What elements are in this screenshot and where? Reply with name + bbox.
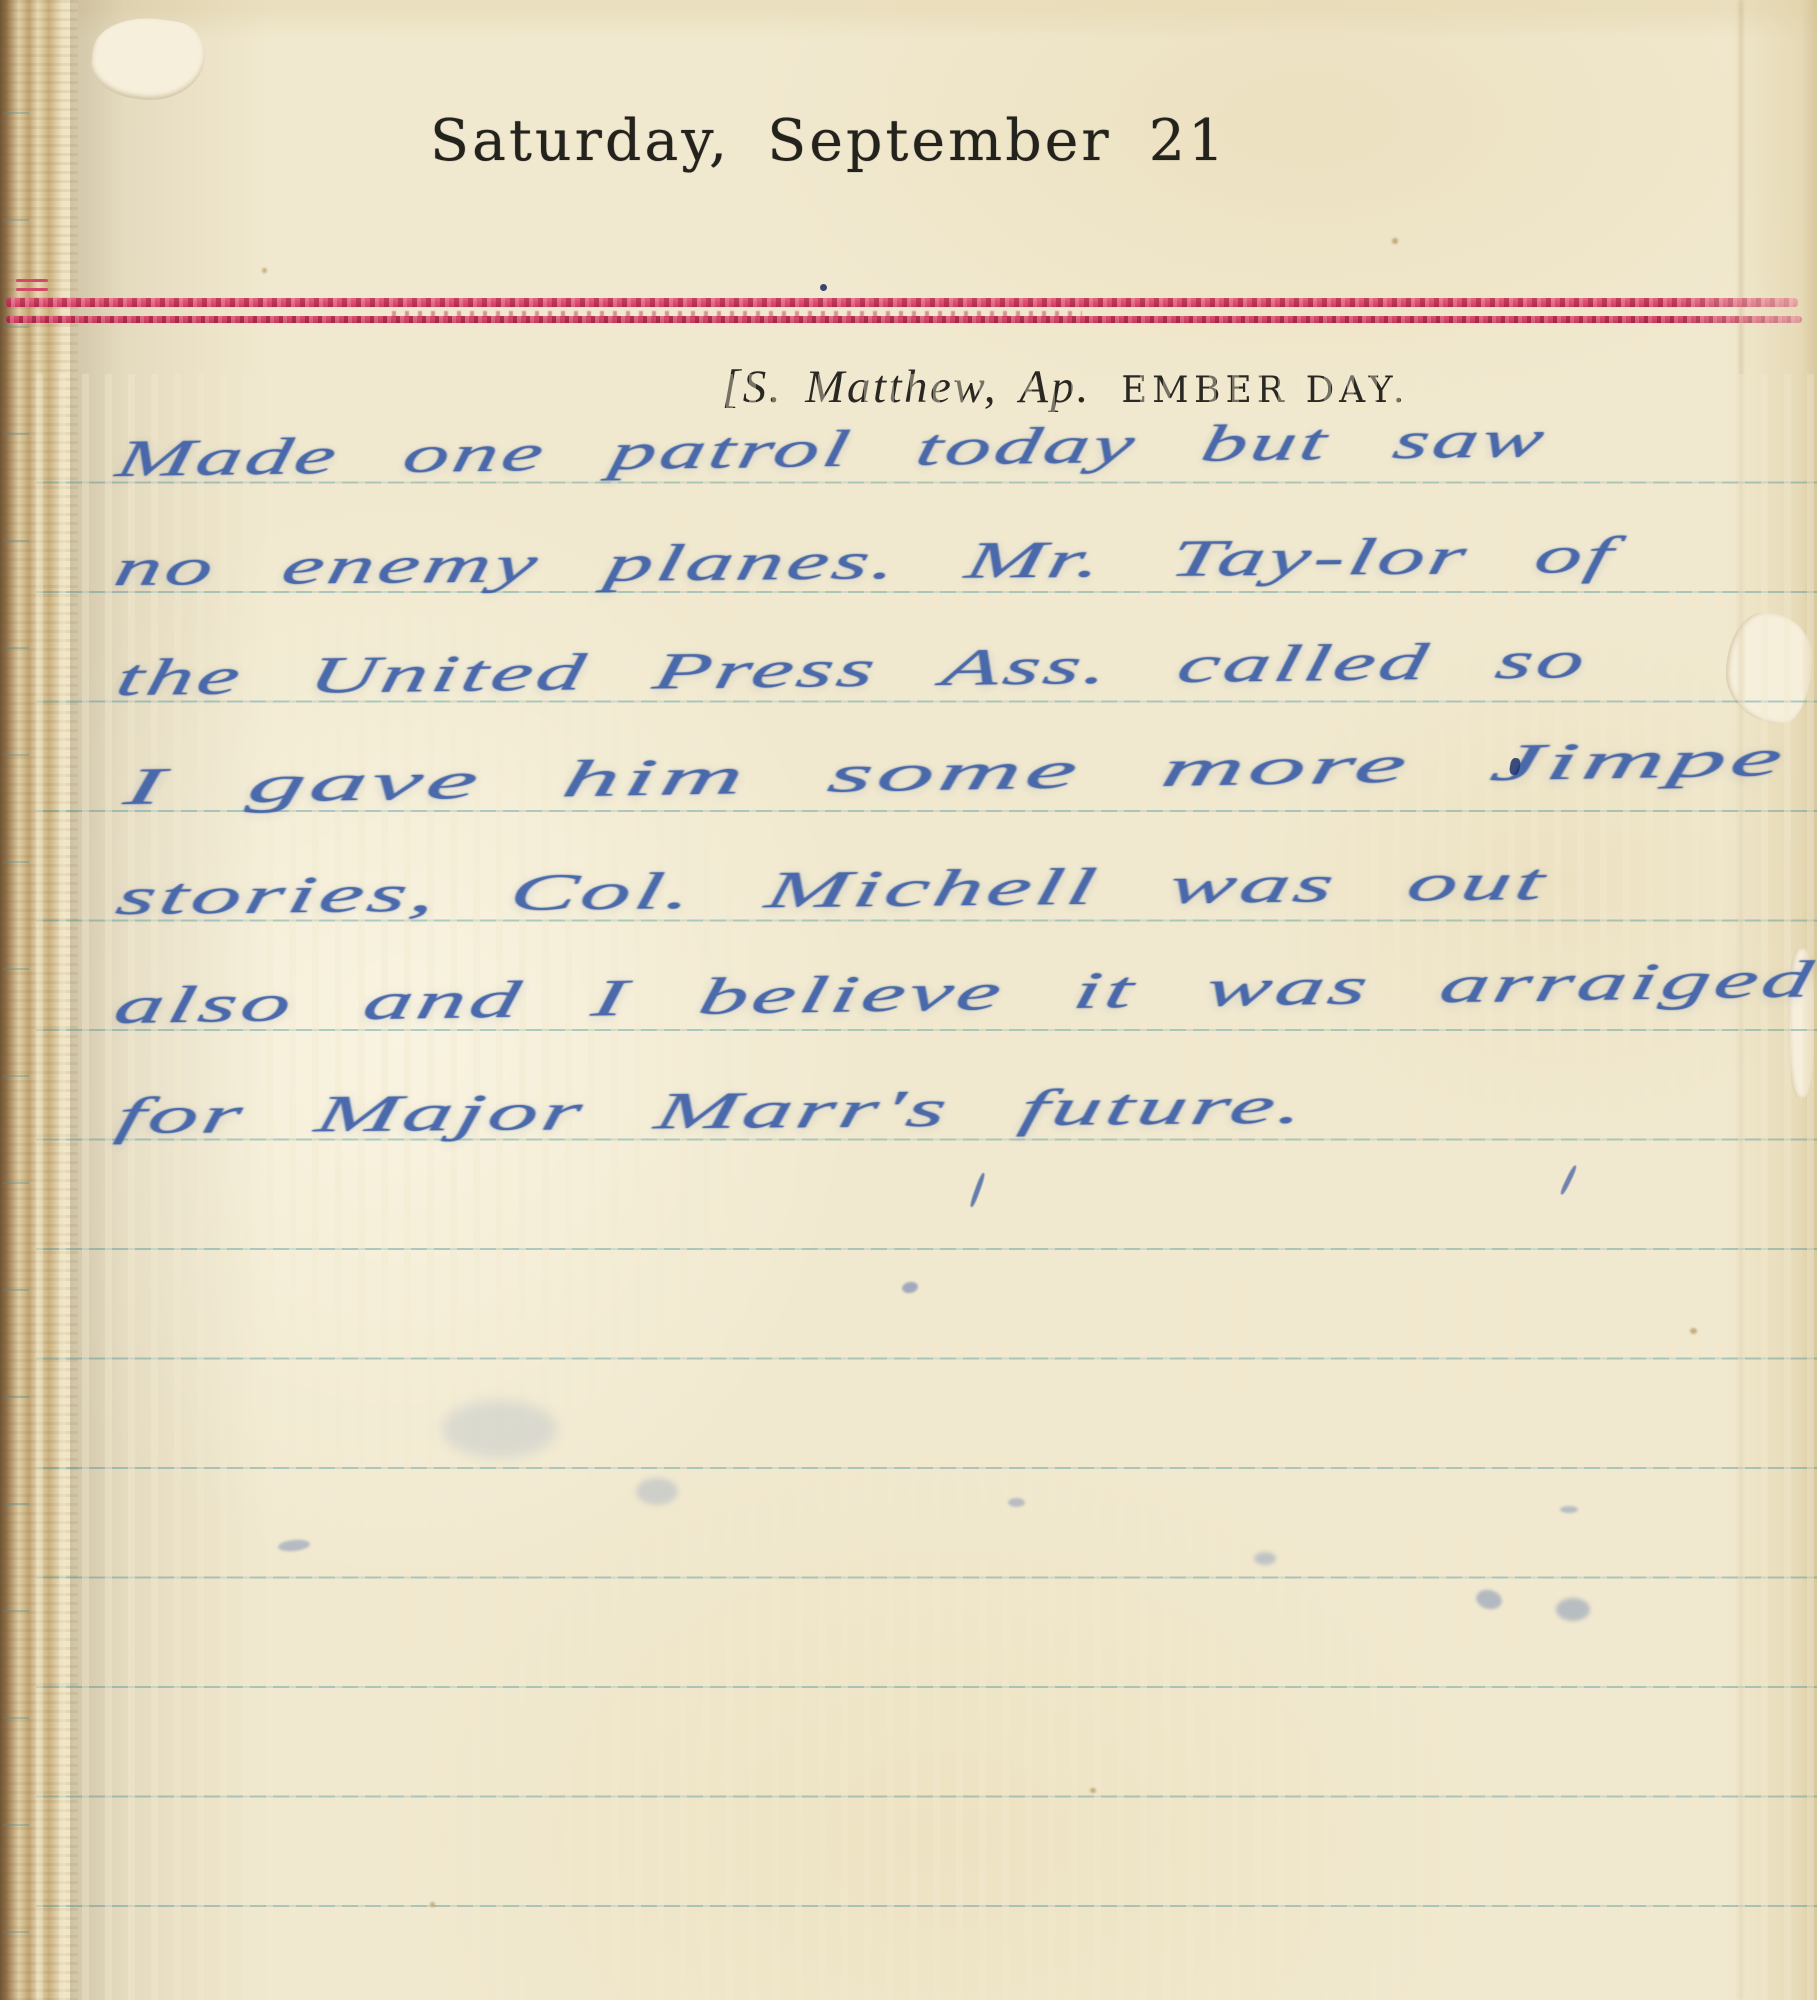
diary-page-scan: Saturday, September 21 [S. Matthew, Ap.E…: [0, 0, 1817, 2000]
handwriting-line-2: no enemy planes. Mr. Tay-lor of: [110, 530, 1621, 595]
underpage-rule-ticks: [3, 112, 29, 1972]
red-rule-speckle: [392, 311, 1082, 317]
red-rule-top: [6, 298, 1798, 307]
red-register-dash-bottom: [16, 288, 48, 291]
foxing-speck: [430, 1902, 435, 1907]
red-register-dash-top: [16, 279, 48, 282]
foxing-speck: [262, 268, 267, 273]
foxing-speck: [1392, 238, 1398, 244]
ink-dot: [820, 284, 827, 291]
red-rule-bottom: [6, 316, 1802, 323]
foxing-speck: [1690, 1328, 1697, 1334]
foxing-speck: [1090, 1788, 1096, 1793]
ruled-lines: [36, 374, 1817, 2000]
handwriting-line-7: for Major Marr's future.: [112, 1081, 1313, 1143]
date-heading: Saturday, September 21: [430, 108, 1227, 174]
